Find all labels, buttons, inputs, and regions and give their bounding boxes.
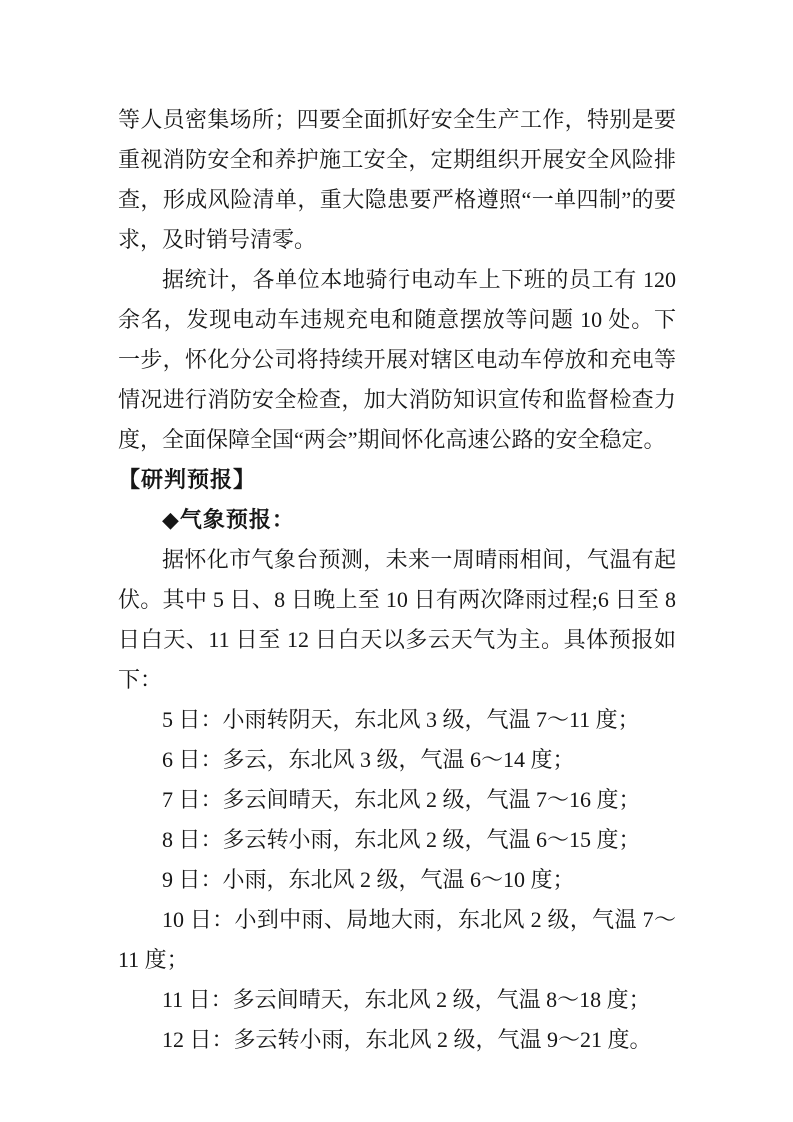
forecast-day-6: 6 日：多云，东北风 3 级，气温 6～14 度； [118, 740, 676, 780]
statistics-paragraph: 据统计，各单位本地骑行电动车上下班的员工有 120 余名，发现电动车违规充电和随… [118, 260, 676, 460]
continuation-paragraph: 等人员密集场所；四要全面抓好安全生产工作，特别是要重视消防安全和养护施工安全，定… [118, 100, 676, 260]
forecast-day-11: 11 日：多云间晴天，东北风 2 级，气温 8～18 度； [118, 980, 676, 1020]
forecast-day-7: 7 日：多云间晴天，东北风 2 级，气温 7～16 度； [118, 780, 676, 820]
section-heading: 【研判预报】 [118, 460, 676, 500]
forecast-day-10: 10 日：小到中雨、局地大雨，东北风 2 级，气温 7～11 度； [118, 900, 676, 980]
forecast-day-12: 12 日：多云转小雨，东北风 2 级，气温 9～21 度。 [118, 1020, 676, 1060]
document-page: 等人员密集场所；四要全面抓好安全生产工作，特别是要重视消防安全和养护施工安全，定… [0, 0, 793, 1122]
forecast-intro: 据怀化市气象台预测，未来一周晴雨相间，气温有起伏。其中 5 日、8 日晚上至 1… [118, 540, 676, 700]
weather-subheading: ◆气象预报： [118, 500, 676, 540]
forecast-day-8: 8 日：多云转小雨，东北风 2 级，气温 6～15 度； [118, 820, 676, 860]
forecast-day-9: 9 日：小雨，东北风 2 级，气温 6～10 度； [118, 860, 676, 900]
forecast-day-5: 5 日：小雨转阴天，东北风 3 级，气温 7～11 度； [118, 700, 676, 740]
